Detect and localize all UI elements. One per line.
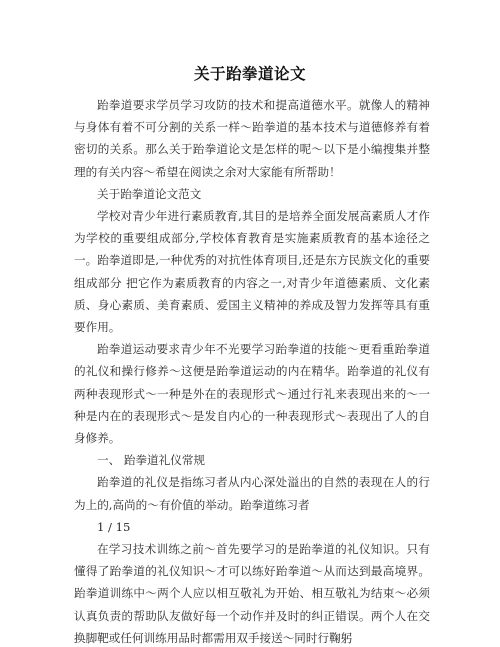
document-page: 关于跆拳道论文 跆拳道要求学员学习攻防的技术和提高道德水平。就像人的精神与身体有… [0, 0, 500, 647]
body-paragraph: 在学习技术训练之前～首先要学习的是跆拳道的礼仪知识。只有懂得了跆拳道的礼仪知识～… [74, 538, 430, 647]
intro-paragraph: 跆拳道要求学员学习攻防的技术和提高道德水平。就像人的精神与身体有着不可分割的关系… [74, 94, 430, 183]
subsection-heading: 一、 跆拳道礼仪常规 [74, 449, 430, 471]
body-paragraph: 跆拳道运动要求青少年不光要学习跆拳道的技能～更看重跆拳道的礼仪和操行修养～这便是… [74, 338, 430, 449]
document-body: 跆拳道要求学员学习攻防的技术和提高道德水平。就像人的精神与身体有着不可分割的关系… [74, 94, 430, 647]
body-paragraph: 跆拳道的礼仪是指练习者从内心深处溢出的自然的表现在人的行为上的,高尚的～有价值的… [74, 471, 430, 515]
section-heading: 关于跆拳道论文范文 [74, 183, 430, 205]
body-paragraph: 学校对青少年进行素质教育,其目的是培养全面发展高素质人才作为学校的重要组成部分,… [74, 205, 430, 338]
page-number: 1 / 15 [74, 516, 430, 538]
document-title: 关于跆拳道论文 [0, 62, 500, 84]
